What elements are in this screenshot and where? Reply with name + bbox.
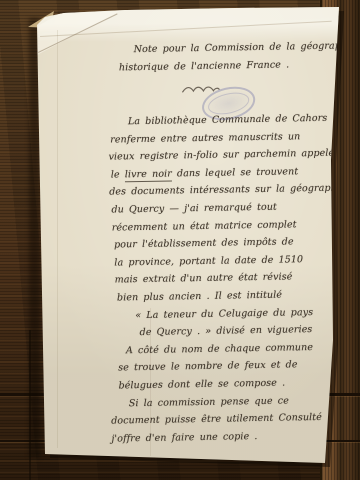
manuscript-line: j'offre d'en faire une copie . <box>111 426 346 448</box>
underlined-text: livre noir <box>125 168 172 182</box>
line-text: le <box>111 169 125 180</box>
line-text: dans lequel se trouvent <box>172 166 299 179</box>
handwritten-ink-layer: Note pour la Commission de la géographie… <box>0 0 360 480</box>
photo-manuscript-on-wood: Note pour la Commission de la géographie… <box>0 0 360 480</box>
manuscript-paper: Note pour la Commission de la géographie… <box>0 0 360 480</box>
manuscript-title: Note pour la Commission de la géographie… <box>105 37 357 77</box>
manuscript-line: La bibliothèque Communale de Cahors <box>128 110 341 131</box>
manuscript-body: La bibliothèque Communale de Cahors renf… <box>106 110 347 448</box>
title-line-2: historique de l'ancienne France . <box>119 55 357 77</box>
